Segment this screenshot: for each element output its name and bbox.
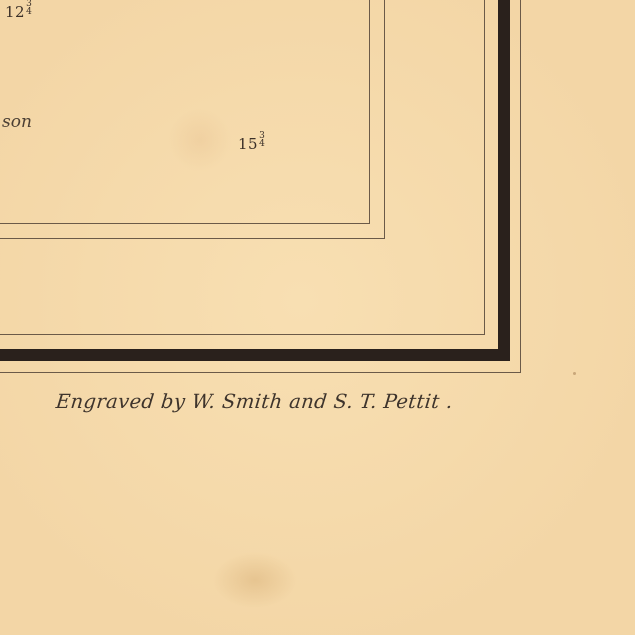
map-number-label: 1534 — [238, 135, 265, 153]
map-number-label: 1234 — [5, 3, 32, 21]
number-whole: 12 — [5, 3, 25, 21]
fraction: 34 — [259, 132, 265, 148]
inner-fine-rule — [0, 0, 370, 224]
place-name-fragment: son — [2, 112, 32, 132]
paper-speck — [573, 372, 576, 375]
fraction-denominator: 4 — [26, 8, 32, 16]
fraction: 34 — [26, 0, 32, 16]
number-whole: 15 — [238, 135, 258, 153]
engraver-caption: Engraved by W. Smith and S. T. Pettit . — [55, 390, 454, 413]
fraction-denominator: 4 — [259, 140, 265, 148]
